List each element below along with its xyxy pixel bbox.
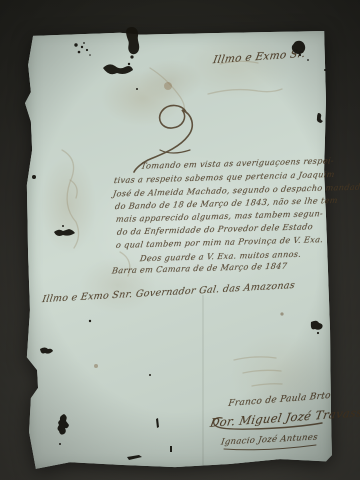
ink-dot — [89, 54, 91, 56]
ink-blot — [292, 41, 305, 54]
ink-drip — [128, 63, 130, 65]
ink-dot — [86, 49, 88, 51]
ink-blot — [54, 229, 75, 236]
ink-dot — [149, 374, 151, 376]
ink-blot — [126, 27, 139, 54]
ink-drip — [299, 54, 301, 56]
ink-blot — [156, 418, 159, 428]
ink-dot — [78, 51, 81, 54]
ink-blot — [103, 64, 133, 74]
ink-dot — [324, 69, 326, 71]
ink-dot — [83, 42, 85, 44]
ink-blot-layer — [0, 0, 360, 480]
ink-dot — [89, 320, 91, 322]
ink-dot — [74, 43, 77, 46]
ink-drip — [317, 332, 319, 334]
ink-dot — [81, 46, 83, 48]
ink-dot — [136, 88, 138, 90]
ink-blot — [127, 455, 142, 460]
ink-blot — [317, 113, 323, 123]
photo-background: Illmo e Exmo Sr. Tomando em vista as ave… — [0, 0, 360, 480]
ink-blot — [32, 175, 36, 179]
ink-drip — [59, 443, 61, 445]
ink-blot — [40, 348, 53, 354]
ink-blot — [311, 321, 323, 330]
ink-dot — [307, 59, 309, 61]
ink-blot — [58, 414, 70, 435]
ink-drip — [130, 55, 133, 58]
ink-dot — [62, 225, 64, 227]
ink-blot — [170, 446, 172, 452]
